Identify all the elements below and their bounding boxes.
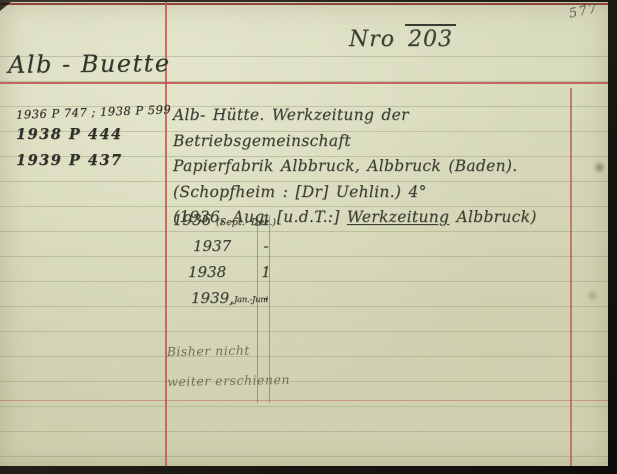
holdings-row: 1938 1 xyxy=(173,263,313,289)
header-divider-red-rule xyxy=(0,82,608,84)
entry-note-underlined-title: Werkzeitung xyxy=(347,208,449,226)
pencil-annotation: Bisher nicht weiter erschienen xyxy=(166,335,290,397)
shelfmark-column: 1936 P 747 ; 1938 P 599 1938 P 444 1939 … xyxy=(16,105,171,178)
entry-imprint-line: (Schopfheim : [Dr] Uehlin.) 4° xyxy=(173,180,578,206)
holdings-count: - xyxy=(257,237,275,255)
shelfmark-line: 1938 P 444 xyxy=(16,126,171,143)
holdings-count: 1 xyxy=(257,211,275,229)
shelfmark-line: 1939 P 437 xyxy=(16,152,171,169)
card-number: Nro203 xyxy=(349,27,456,52)
holdings-count: - xyxy=(257,289,275,307)
bottom-red-rule xyxy=(0,400,608,401)
pencil-annotation-line: Bisher nicht xyxy=(166,335,289,367)
paper-stain xyxy=(586,290,599,301)
card-heading: Alb - Buette xyxy=(8,49,171,79)
holdings-year: 1939, xyxy=(191,289,234,307)
holdings-row: 1939,Jan.-Juni - xyxy=(173,289,313,315)
holdings-year: 1936 xyxy=(173,211,211,229)
corner-damage-mark xyxy=(0,2,11,11)
holdings-row: 1937 - xyxy=(173,237,313,263)
ink-smudge xyxy=(594,160,605,175)
entry-note-post: Albbruck) xyxy=(449,208,536,226)
card-number-value: 203 xyxy=(405,24,456,52)
shelfmark-line: 1936 P 747 ; 1938 P 599 xyxy=(16,102,172,121)
scanned-catalog-card-page: 577 Nro203 Alb - Buette 1936 P 747 ; 193… xyxy=(0,0,617,474)
holdings-count: 1 xyxy=(257,263,275,281)
catalog-card: 577 Nro203 Alb - Buette 1936 P 747 ; 193… xyxy=(0,2,608,466)
holdings-year: 1938 xyxy=(188,263,226,281)
holdings-year: 1937 xyxy=(193,237,231,255)
holdings-row: 1936 (Sept.- Dez.) 1 xyxy=(173,211,313,237)
holdings-list: 1936 (Sept.- Dez.) 1 1937 - 1938 1 1939,… xyxy=(173,211,313,315)
entry-title-line: Papierfabrik Albbruck, Albbruck (Baden). xyxy=(173,154,578,180)
card-number-prefix: Nro xyxy=(349,27,395,52)
entry-title-line: Alb- Hütte. Werkzeitung der Betriebsgeme… xyxy=(173,103,578,154)
top-edge-red-rule xyxy=(0,3,608,5)
pencil-annotation-line: weiter erschienen xyxy=(167,365,290,397)
